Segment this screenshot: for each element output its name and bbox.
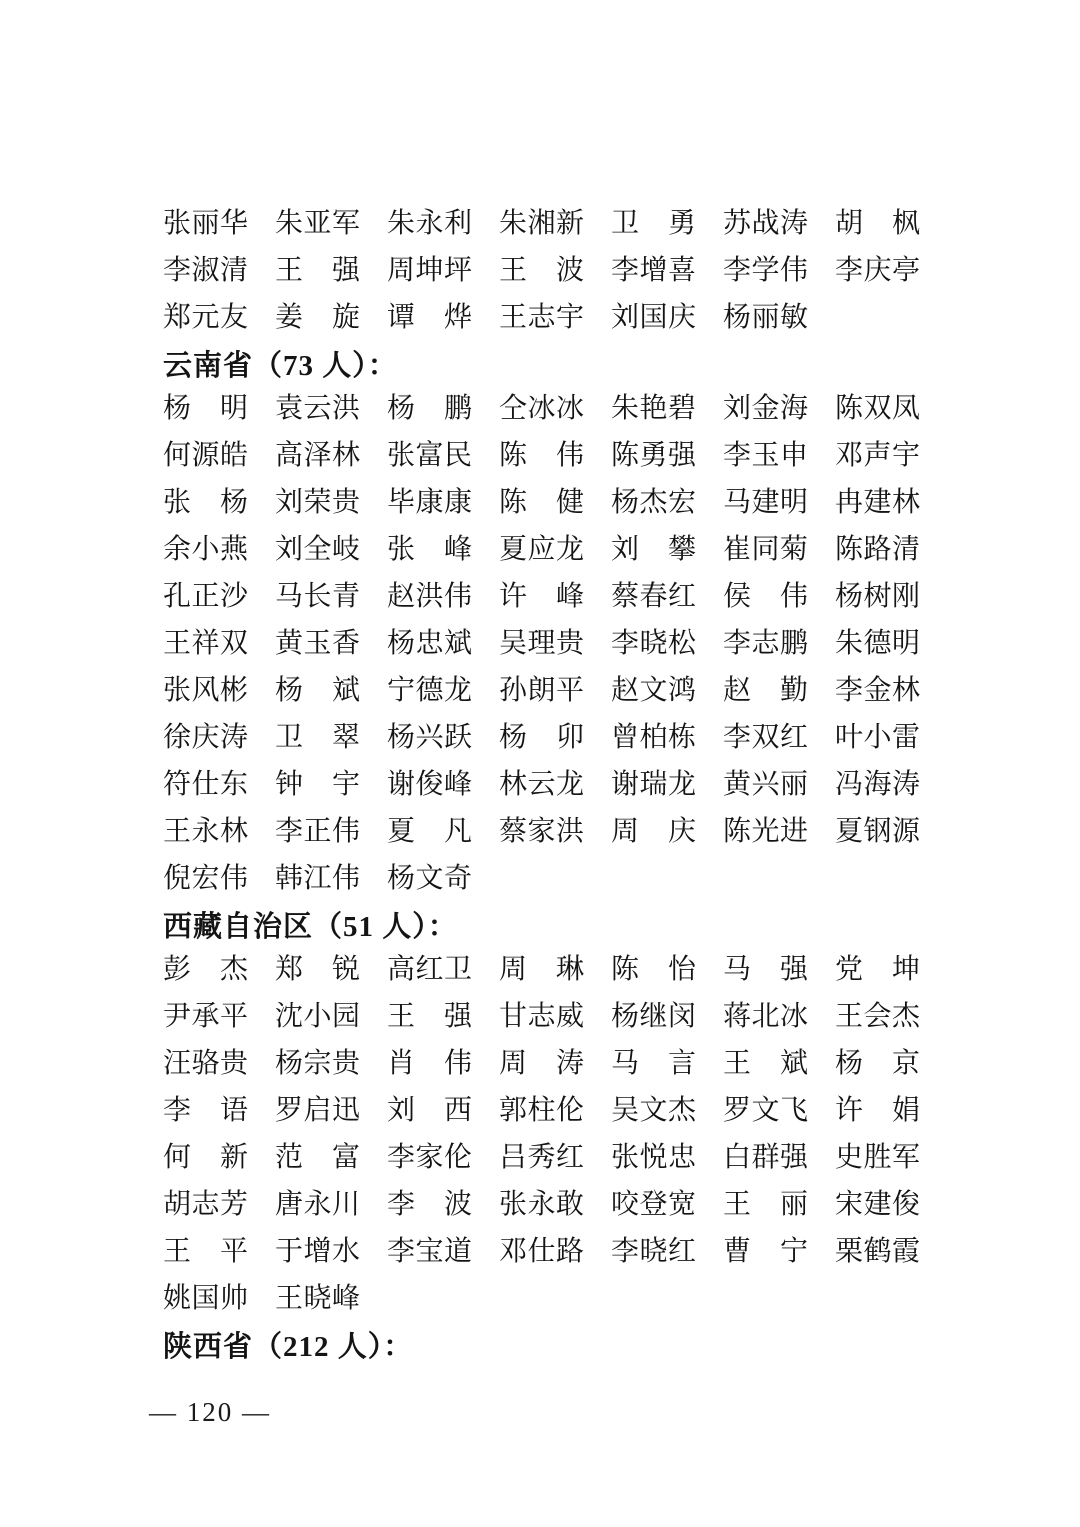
person-name: 马 强: [723, 956, 808, 984]
name-row: 张丽华朱亚军朱永利朱湘新卫 勇苏战涛胡 枫: [163, 200, 923, 247]
person-name: 郑元友: [163, 304, 248, 332]
person-name: 杨 斌: [275, 677, 360, 705]
person-name: 王 强: [275, 257, 360, 285]
person-name: 李志鹏: [723, 630, 808, 658]
person-name: 唐永川: [275, 1191, 360, 1219]
person-name: 李晓松: [611, 630, 696, 658]
person-name: 邓声宇: [835, 442, 920, 470]
person-name: 高红卫: [387, 956, 472, 984]
name-row: 尹承平沈小园王 强甘志威杨继闵蒋北冰王会杰: [163, 993, 923, 1040]
person-name: 夏钢源: [835, 818, 920, 846]
person-name: 蔡家洪: [499, 818, 584, 846]
person-name: 谭 烨: [387, 304, 472, 332]
person-name: 王 波: [499, 257, 584, 285]
person-name: 李玉申: [723, 442, 808, 470]
person-name: 杨 鹏: [387, 395, 472, 423]
person-name: 王 丽: [723, 1191, 808, 1219]
person-name: 李金林: [835, 677, 920, 705]
person-name: 沈小园: [275, 1003, 360, 1031]
person-name: 仝冰冰: [499, 395, 584, 423]
person-name: 曹 宁: [723, 1238, 808, 1266]
person-name: 吴文杰: [611, 1097, 696, 1125]
person-name: 杨树刚: [835, 583, 920, 611]
person-name: 林云龙: [499, 771, 584, 799]
name-row: 何源皓高泽林张富民陈 伟陈勇强李玉申邓声宇: [163, 432, 923, 479]
name-row: 郑元友姜 旋谭 烨王志宇刘国庆杨丽敏: [163, 294, 923, 341]
person-name: 胡 枫: [835, 210, 920, 238]
person-name: 吕秀红: [499, 1144, 584, 1172]
person-name: 王会杰: [835, 1003, 920, 1031]
person-name: 史胜军: [835, 1144, 920, 1172]
person-name: 张 杨: [163, 489, 248, 517]
person-name: 周 涛: [499, 1050, 584, 1078]
name-row: 李 语罗启迅刘 西郭柱伦吴文杰罗文飞许 娟: [163, 1087, 923, 1134]
person-name: 党 坤: [835, 956, 920, 984]
person-name: 杨宗贵: [275, 1050, 360, 1078]
person-name: 谢瑞龙: [611, 771, 696, 799]
section-header: 陕西省（212 人）：: [163, 1322, 923, 1366]
person-name: 李淑清: [163, 257, 248, 285]
person-name: 袁云洪: [275, 395, 360, 423]
person-name: 邓仕路: [499, 1238, 584, 1266]
person-name: 陈 健: [499, 489, 584, 517]
person-name: 刘 西: [387, 1097, 472, 1125]
person-name: 李晓红: [611, 1238, 696, 1266]
person-name: 杨忠斌: [387, 630, 472, 658]
person-name: 杨杰宏: [611, 489, 696, 517]
person-name: 吴理贵: [499, 630, 584, 658]
person-name: 栗鹤霞: [835, 1238, 920, 1266]
person-name: 陈双凤: [835, 395, 920, 423]
name-row: 汪骆贵杨宗贵肖 伟周 涛马 言王 斌杨 京: [163, 1040, 923, 1087]
name-row: 王永林李正伟夏 凡蔡家洪周 庆陈光进夏钢源: [163, 808, 923, 855]
person-name: 王 平: [163, 1238, 248, 1266]
person-name: 陈勇强: [611, 442, 696, 470]
person-name: 卫 勇: [611, 210, 696, 238]
person-name: 夏 凡: [387, 818, 472, 846]
person-name: 于增水: [275, 1238, 360, 1266]
person-name: 尹承平: [163, 1003, 248, 1031]
person-name: 刘国庆: [611, 304, 696, 332]
person-name: 马长青: [275, 583, 360, 611]
person-name: 崔同菊: [723, 536, 808, 564]
person-name: 许 峰: [499, 583, 584, 611]
person-name: 曾柏栋: [611, 724, 696, 752]
person-name: 张风彬: [163, 677, 248, 705]
person-name: 甘志威: [499, 1003, 584, 1031]
person-name: 郑 锐: [275, 956, 360, 984]
person-name: 白群强: [723, 1144, 808, 1172]
name-row: 徐庆涛卫 翠杨兴跃杨 卯曾柏栋李双红叶小雷: [163, 714, 923, 761]
person-name: 孔正沙: [163, 583, 248, 611]
person-name: 胡志芳: [163, 1191, 248, 1219]
name-row: 张 杨刘荣贵毕康康陈 健杨杰宏马建明冉建林: [163, 479, 923, 526]
person-name: 徐庆涛: [163, 724, 248, 752]
person-name: 叶小雷: [835, 724, 920, 752]
person-name: 毕康康: [387, 489, 472, 517]
person-name: 李 波: [387, 1191, 472, 1219]
person-name: 陈路清: [835, 536, 920, 564]
person-name: 罗文飞: [723, 1097, 808, 1125]
person-name: 杨文奇: [387, 865, 472, 893]
person-name: 杨丽敏: [723, 304, 808, 332]
person-name: 蔡春红: [611, 583, 696, 611]
person-name: 姜 旋: [275, 304, 360, 332]
person-name: 陈 伟: [499, 442, 584, 470]
person-name: 李双红: [723, 724, 808, 752]
person-name: 张永敢: [499, 1191, 584, 1219]
person-name: 钟 宇: [275, 771, 360, 799]
name-row: 符仕东钟 宇谢俊峰林云龙谢瑞龙黄兴丽冯海涛: [163, 761, 923, 808]
person-name: 杨兴跃: [387, 724, 472, 752]
person-name: 王晓峰: [275, 1285, 360, 1313]
person-name: 杨继闵: [611, 1003, 696, 1031]
person-name: 刘全岐: [275, 536, 360, 564]
person-name: 咬登宽: [611, 1191, 696, 1219]
person-name: 王永林: [163, 818, 248, 846]
name-row: 胡志芳唐永川李 波张永敢咬登宽王 丽宋建俊: [163, 1181, 923, 1228]
person-name: 彭 杰: [163, 956, 248, 984]
person-name: 李家伦: [387, 1144, 472, 1172]
name-row: 余小燕刘全岐张 峰夏应龙刘 攀崔同菊陈路清: [163, 526, 923, 573]
person-name: 宁德龙: [387, 677, 472, 705]
person-name: 冯海涛: [835, 771, 920, 799]
person-name: 赵洪伟: [387, 583, 472, 611]
person-name: 李正伟: [275, 818, 360, 846]
name-row: 张风彬杨 斌宁德龙孙朗平赵文鸿赵 勤李金林: [163, 667, 923, 714]
person-name: 朱德明: [835, 630, 920, 658]
person-name: 杨 明: [163, 395, 248, 423]
person-name: 谢俊峰: [387, 771, 472, 799]
document-page: 张丽华朱亚军朱永利朱湘新卫 勇苏战涛胡 枫李淑清王 强周坤坪王 波李增喜李学伟李…: [0, 0, 1080, 1527]
person-name: 李庆亭: [835, 257, 920, 285]
person-name: 朱湘新: [499, 210, 584, 238]
person-name: 许 娟: [835, 1097, 920, 1125]
person-name: 韩江伟: [275, 865, 360, 893]
page-number: — 120 —: [149, 1397, 271, 1428]
person-name: 马 言: [611, 1050, 696, 1078]
person-name: 黄兴丽: [723, 771, 808, 799]
name-list: 张丽华朱亚军朱永利朱湘新卫 勇苏战涛胡 枫李淑清王 强周坤坪王 波李增喜李学伟李…: [163, 200, 923, 1366]
person-name: 刘荣贵: [275, 489, 360, 517]
person-name: 蒋北冰: [723, 1003, 808, 1031]
person-name: 王志宇: [499, 304, 584, 332]
person-name: 黄玉香: [275, 630, 360, 658]
person-name: 李 语: [163, 1097, 248, 1125]
person-name: 范 富: [275, 1144, 360, 1172]
person-name: 郭柱伦: [499, 1097, 584, 1125]
person-name: 周 琳: [499, 956, 584, 984]
name-row: 李淑清王 强周坤坪王 波李增喜李学伟李庆亭: [163, 247, 923, 294]
person-name: 刘金海: [723, 395, 808, 423]
person-name: 张悦忠: [611, 1144, 696, 1172]
person-name: 张 峰: [387, 536, 472, 564]
person-name: 何源皓: [163, 442, 248, 470]
person-name: 何 新: [163, 1144, 248, 1172]
person-name: 朱亚军: [275, 210, 360, 238]
name-row: 姚国帅王晓峰: [163, 1275, 923, 1322]
name-row: 彭 杰郑 锐高红卫周 琳陈 怡马 强党 坤: [163, 946, 923, 993]
person-name: 杨 京: [835, 1050, 920, 1078]
section-header: 云南省（73 人）：: [163, 341, 923, 385]
person-name: 姚国帅: [163, 1285, 248, 1313]
person-name: 冉建林: [835, 489, 920, 517]
person-name: 陈光进: [723, 818, 808, 846]
person-name: 周坤坪: [387, 257, 472, 285]
person-name: 张富民: [387, 442, 472, 470]
person-name: 李增喜: [611, 257, 696, 285]
person-name: 王祥双: [163, 630, 248, 658]
person-name: 侯 伟: [723, 583, 808, 611]
person-name: 余小燕: [163, 536, 248, 564]
person-name: 马建明: [723, 489, 808, 517]
person-name: 朱永利: [387, 210, 472, 238]
section-header: 西藏自治区（51 人）：: [163, 902, 923, 946]
name-row: 孔正沙马长青赵洪伟许 峰蔡春红侯 伟杨树刚: [163, 573, 923, 620]
person-name: 张丽华: [163, 210, 248, 238]
person-name: 赵 勤: [723, 677, 808, 705]
person-name: 汪骆贵: [163, 1050, 248, 1078]
person-name: 王 斌: [723, 1050, 808, 1078]
person-name: 卫 翠: [275, 724, 360, 752]
name-row: 何 新范 富李家伦吕秀红张悦忠白群强史胜军: [163, 1134, 923, 1181]
person-name: 王 强: [387, 1003, 472, 1031]
person-name: 苏战涛: [723, 210, 808, 238]
person-name: 符仕东: [163, 771, 248, 799]
person-name: 夏应龙: [499, 536, 584, 564]
person-name: 陈 怡: [611, 956, 696, 984]
person-name: 肖 伟: [387, 1050, 472, 1078]
person-name: 李宝道: [387, 1238, 472, 1266]
person-name: 杨 卯: [499, 724, 584, 752]
name-row: 王 平于增水李宝道邓仕路李晓红曹 宁栗鹤霞: [163, 1228, 923, 1275]
person-name: 李学伟: [723, 257, 808, 285]
person-name: 高泽林: [275, 442, 360, 470]
name-row: 倪宏伟韩江伟杨文奇: [163, 855, 923, 902]
person-name: 赵文鸿: [611, 677, 696, 705]
person-name: 罗启迅: [275, 1097, 360, 1125]
person-name: 宋建俊: [835, 1191, 920, 1219]
person-name: 周 庆: [611, 818, 696, 846]
person-name: 孙朗平: [499, 677, 584, 705]
person-name: 朱艳碧: [611, 395, 696, 423]
person-name: 倪宏伟: [163, 865, 248, 893]
name-row: 王祥双黄玉香杨忠斌吴理贵李晓松李志鹏朱德明: [163, 620, 923, 667]
name-row: 杨 明袁云洪杨 鹏仝冰冰朱艳碧刘金海陈双凤: [163, 385, 923, 432]
person-name: 刘 攀: [611, 536, 696, 564]
